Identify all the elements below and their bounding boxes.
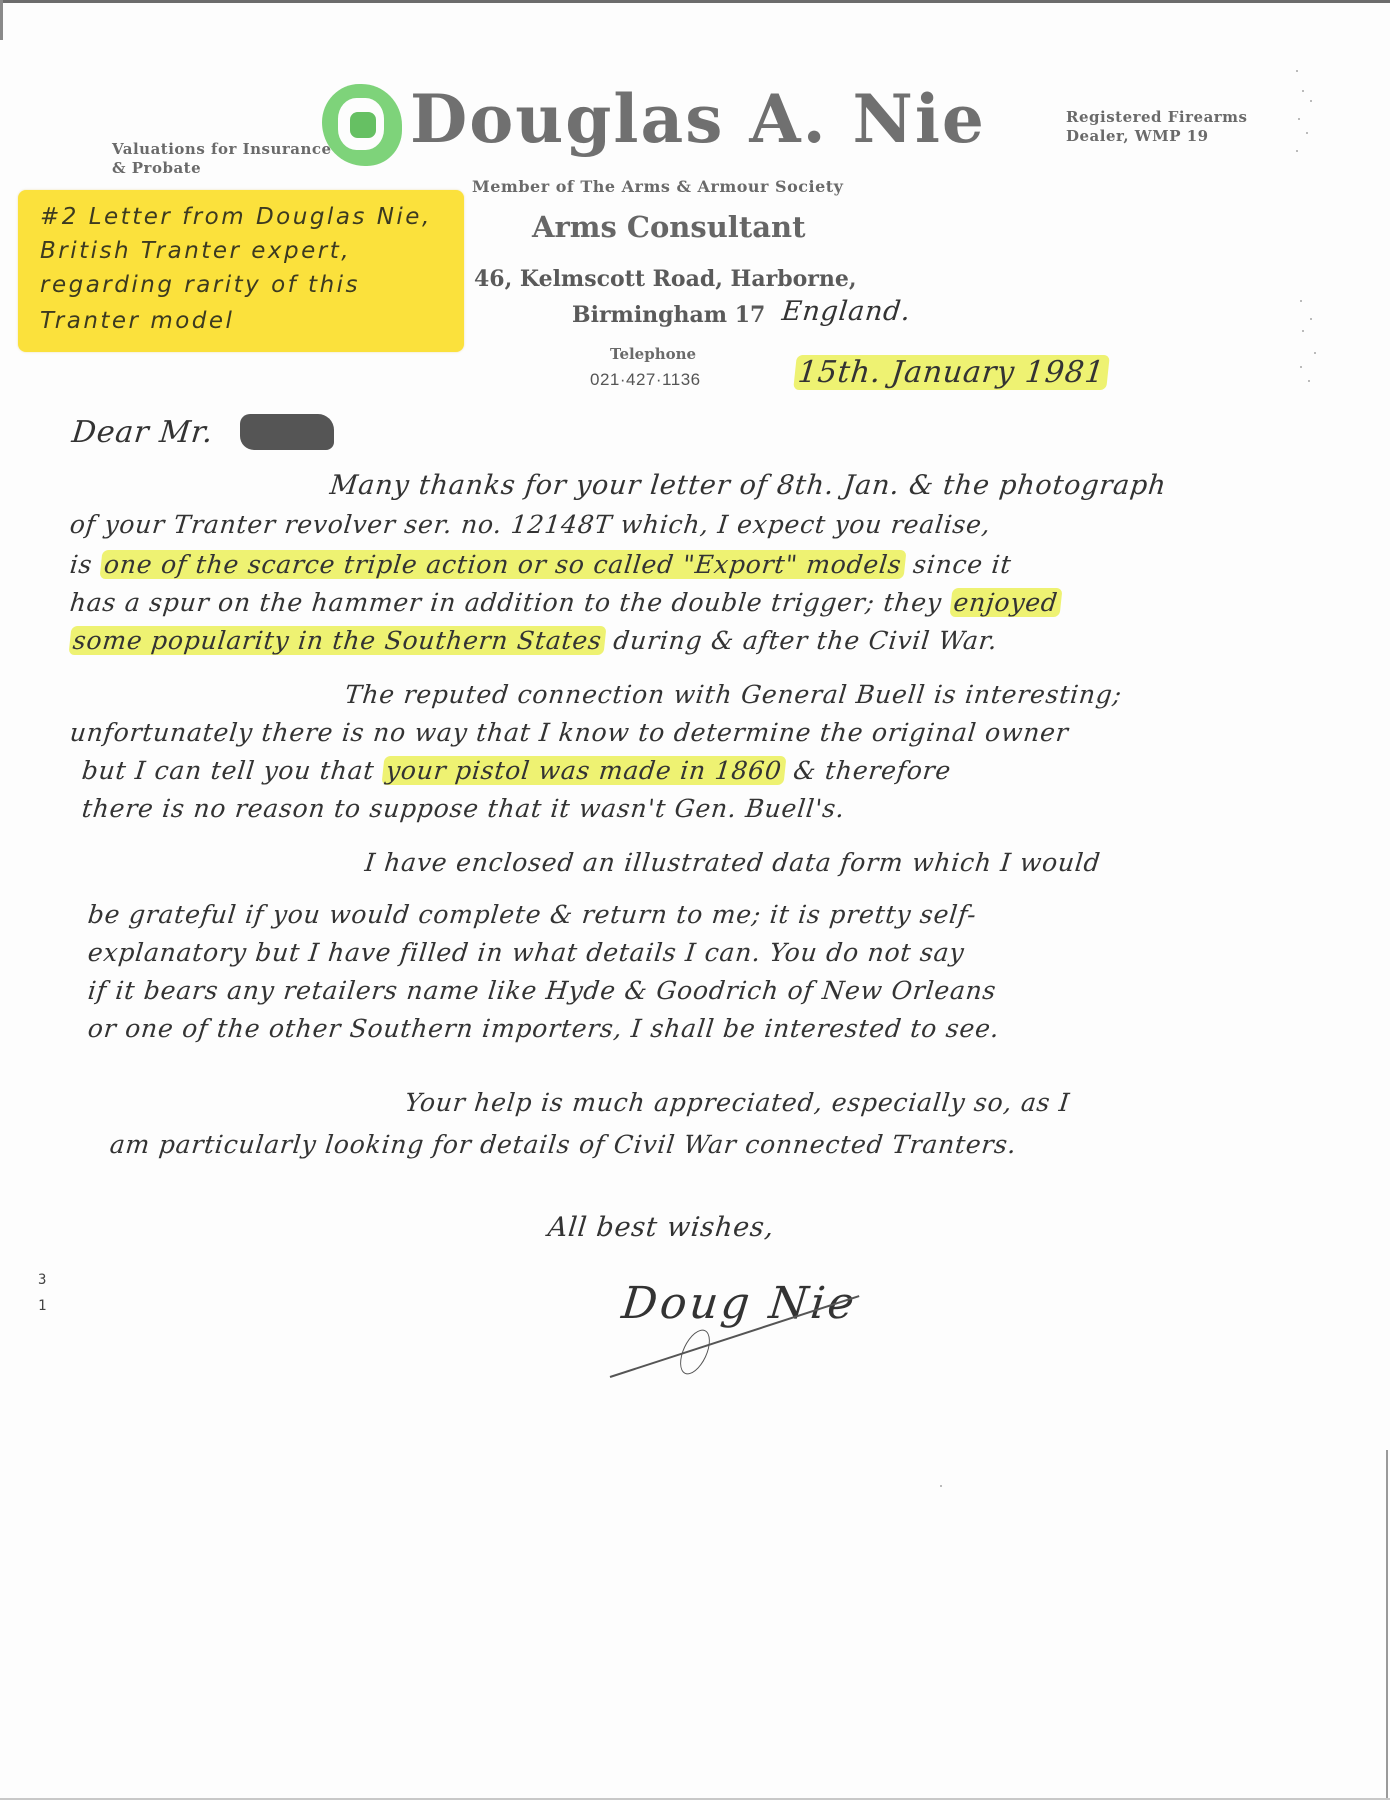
letterhead-right-note: Registered Firearms Dealer, WMP 19: [1066, 108, 1248, 146]
text-segment: & therefore: [783, 756, 953, 785]
body-line: there is no reason to suppose that it wa…: [80, 794, 846, 823]
margin-mark: 1: [38, 1298, 46, 1314]
salutation: Dear Mr.: [70, 415, 215, 450]
body-line: be grateful if you would complete & retu…: [86, 900, 978, 929]
letterhead-name: Douglas A. Nie: [410, 80, 986, 158]
dealer-text: Dealer, WMP 19: [1066, 127, 1248, 146]
body-line: has a spur on the hammer in addition to …: [68, 588, 1062, 617]
scan-border-top: [0, 0, 1390, 3]
sticky-note-line: British Tranter expert,: [40, 238, 351, 264]
body-line: some popularity in the Southern States d…: [68, 626, 999, 655]
signature: Doug Nie: [619, 1278, 859, 1329]
body-line: is one of the scarce triple action or so…: [68, 550, 1012, 579]
letterhead-address-line1: 46, Kelmscott Road, Harborne,: [474, 266, 857, 292]
body-line: The reputed connection with General Buel…: [343, 680, 1123, 709]
text-segment: but I can tell you that: [80, 756, 384, 785]
highlighted-text: some popularity in the Southern States: [68, 626, 606, 655]
text-segment: since it: [903, 550, 1013, 579]
probate-text: & Probate: [112, 159, 332, 178]
closing: All best wishes,: [546, 1212, 775, 1243]
body-line: unfortunately there is no way that I kno…: [68, 718, 1070, 747]
letter-date: 15th. January 1981: [793, 355, 1109, 390]
scan-border-right: [1386, 1450, 1388, 1800]
body-line: but I can tell you that your pistol was …: [80, 756, 952, 785]
text-segment: during & after the Civil War.: [603, 626, 999, 655]
valuations-text: Valuations for Insurance: [112, 140, 332, 159]
telephone-label: Telephone: [610, 345, 696, 363]
text-segment: is: [68, 550, 102, 579]
body-line: if it bears any retailers name like Hyde…: [86, 976, 997, 1005]
telephone-number: 021·427·1136: [590, 370, 701, 390]
handwritten-england: England.: [780, 296, 912, 327]
body-line: Many thanks for your letter of 8th. Jan.…: [328, 470, 1168, 501]
letterhead-address-line2: Birmingham 17: [572, 302, 765, 328]
highlighted-text: one of the scarce triple action or so ca…: [100, 550, 906, 579]
sticky-note-line: regarding rarity of this: [40, 272, 360, 298]
letterhead-membership: Member of The Arms & Armour Society: [472, 177, 843, 196]
scan-border-left: [0, 0, 3, 40]
margin-mark: 3: [38, 1272, 46, 1288]
green-monogram-logo-icon: [322, 84, 402, 166]
sticky-note-line: Tranter model: [40, 308, 234, 334]
body-line: Your help is much appreciated, especiall…: [403, 1088, 1071, 1117]
highlighted-text: enjoyed: [949, 588, 1062, 617]
body-line: explanatory but I have filled in what de…: [86, 938, 965, 967]
text-segment: has a spur on the hammer in addition to …: [68, 588, 952, 617]
body-line: of your Tranter revolver ser. no. 12148T…: [68, 510, 992, 539]
letterhead-profession: Arms Consultant: [532, 210, 806, 244]
redacted-name: [240, 414, 334, 450]
date-highlight: 15th. January 1981: [793, 355, 1109, 390]
letterhead-left-note: Valuations for Insurance & Probate: [112, 140, 332, 178]
body-line: or one of the other Southern importers, …: [86, 1014, 1001, 1043]
highlighted-text: your pistol was made in 1860: [382, 756, 787, 785]
body-line: I have enclosed an illustrated data form…: [363, 848, 1102, 877]
sticky-note: #2 Letter from Douglas Nie, British Tran…: [18, 190, 464, 352]
sticky-note-line: #2 Letter from Douglas Nie,: [40, 204, 432, 230]
body-line: am particularly looking for details of C…: [108, 1130, 1018, 1159]
registered-firearms-text: Registered Firearms: [1066, 108, 1248, 127]
